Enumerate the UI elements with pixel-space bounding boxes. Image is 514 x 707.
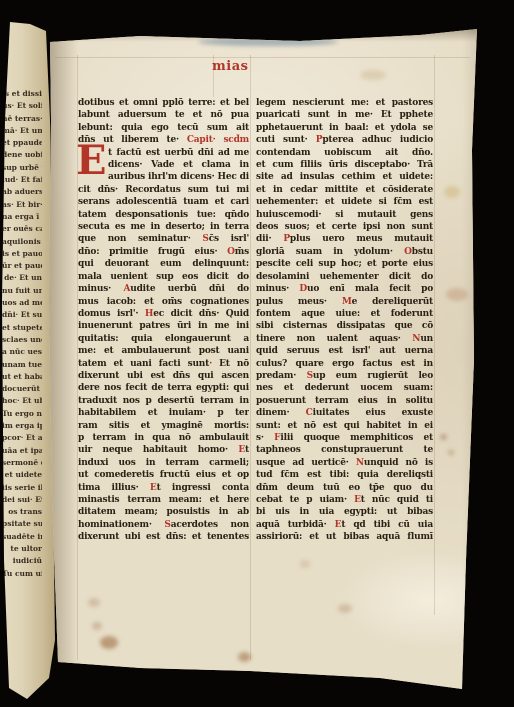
text-line: huiuscemodi· si mutauit gens bbox=[256, 209, 433, 221]
stain bbox=[92, 622, 102, 630]
text-line: ditatem meam; posuistis in ab bbox=[78, 506, 249, 518]
rubricated-text: O bbox=[404, 247, 412, 257]
ruling-line bbox=[434, 55, 435, 615]
manuscript-photo: is et dissipate eus· Et soli estnē terra… bbox=[0, 0, 514, 707]
rubricated-text: H bbox=[145, 309, 153, 319]
facing-text-fragment: suadēte ira bbox=[2, 531, 42, 543]
text-line: desolamini uehementer dicit do bbox=[256, 271, 433, 283]
text-line: s· Filii quoque memphiticos et bbox=[256, 432, 433, 444]
text-line: serans adolescentiā tuam et cari bbox=[78, 196, 249, 208]
text-line: mala uenient sup eos dicit do bbox=[78, 271, 249, 283]
ruling-line bbox=[55, 57, 470, 58]
facing-text-fragment: ūr et pauoni bbox=[2, 260, 42, 272]
text-line: ram sitis et ymaginē mortis: bbox=[78, 420, 249, 432]
facing-text-fragment: im erga iptil bbox=[2, 420, 42, 432]
facing-text-fragment: iis serie ill bbox=[2, 482, 42, 494]
rubricated-text: Capit· scd̄m bbox=[187, 135, 249, 145]
facing-text-fragment: uos ad me bbox=[2, 297, 42, 309]
text-line: bi uis in uia egypti: ut bibas bbox=[256, 506, 433, 518]
facing-text-fragment: docuerūt uos bbox=[2, 383, 42, 395]
text-line: minastis terram meam: et here bbox=[78, 494, 249, 506]
facing-text-fragment: sup urbē uiam bbox=[2, 162, 42, 174]
text-line: traduxit nos p desertū terram in bbox=[78, 395, 249, 407]
text-line: labunt aduersum te et nō pua bbox=[78, 109, 249, 121]
rubricated-text: E bbox=[150, 483, 157, 493]
text-line: sibi cisternas dissipatas que cō bbox=[256, 320, 433, 332]
text-line: minus· Audite uerbū dn̄i do bbox=[78, 283, 249, 295]
text-line: tinere non ualent aquas· Nun bbox=[256, 333, 433, 345]
facing-text-fragment: is et pauonē bbox=[2, 248, 42, 260]
rubricated-text: N bbox=[356, 458, 364, 468]
stain bbox=[446, 288, 468, 301]
text-line: lebunt: quia ego tecū sum ait bbox=[78, 122, 249, 134]
text-line: contendam uobiscum ait dn̄o. bbox=[256, 147, 433, 159]
facing-text-fragment: psitate sua bbox=[2, 518, 42, 530]
stain bbox=[360, 70, 386, 80]
manuscript-page: mias E dotibus et omni pplō terre: et be… bbox=[0, 0, 514, 707]
text-line: uir neque habitauit homo· Et bbox=[78, 444, 249, 456]
text-line: ut comederetis fructū eius et op bbox=[78, 469, 249, 481]
chapter-initial: E bbox=[76, 142, 106, 180]
stain bbox=[338, 604, 352, 613]
text-line: induxi uos in terram carmeli; bbox=[78, 457, 249, 469]
facing-text-fragment: et ppauden· Et bu bbox=[2, 137, 42, 149]
text-line: minus· Duo enī mala fecit po bbox=[256, 283, 433, 295]
rubricated-text: E bbox=[354, 495, 361, 505]
ruling-line bbox=[250, 55, 251, 660]
facing-text-fragment: mā· Et un· Aur bbox=[2, 125, 42, 137]
text-line: cebat te p uiam· Et nūc quid ti bbox=[256, 494, 433, 506]
rubricated-text: C bbox=[306, 408, 313, 418]
text-column-right: legem nescierunt me: et pastorespuaricat… bbox=[256, 97, 433, 544]
text-line: usque ad uerticē· Nunquid nō is bbox=[256, 457, 433, 469]
text-line: posuerunt terram eius in solitu bbox=[256, 395, 433, 407]
text-line: me: et ambulauerunt post uani bbox=[78, 345, 249, 357]
facing-text-fragment: us· Et soli est bbox=[2, 100, 42, 112]
text-line: culus? quare ergo factus est in bbox=[256, 358, 433, 370]
facing-text-fragment: dn̄i· Et sup uo bbox=[2, 309, 42, 321]
text-line: mus iacob: et om̄s cognationes bbox=[78, 296, 249, 308]
stain bbox=[440, 434, 447, 440]
text-line: habitabilem et inuiam· p ter bbox=[78, 407, 249, 419]
text-line: dixerunt ubi est dn̄s qui ascen bbox=[78, 370, 249, 382]
text-line: deos suos; et certe ipsi non sunt bbox=[256, 221, 433, 233]
text-line: aquā turbidā· Et qd tibi cū uia bbox=[256, 519, 433, 531]
stain bbox=[238, 652, 251, 662]
facing-text-fragment: os trans bbox=[2, 506, 42, 518]
text-line: tatem desponsationis tue: qn̄do bbox=[78, 209, 249, 221]
text-line: pulus meus· Me dereliquerūt bbox=[256, 296, 433, 308]
text-line: domus isrl'· Hec dicit dn̄s· Quid bbox=[78, 308, 249, 320]
text-line: gloriā suam in ydolum· Obstu bbox=[256, 246, 433, 258]
page-edge-shading bbox=[462, 0, 484, 707]
facing-text-fragment: nē terras· Crud bbox=[2, 113, 42, 125]
facing-text-fragment: et uidete bbox=[2, 469, 42, 481]
text-line: quid seruus est isrl' aut uerna bbox=[256, 345, 433, 357]
text-line: p terram in qua nō ambulauit bbox=[78, 432, 249, 444]
facing-text-fragment: pcor· Et abl bbox=[2, 432, 42, 444]
text-line: legem nescierunt me: et pastores bbox=[256, 97, 433, 109]
facing-text-fragment: is et dissipate e bbox=[2, 88, 42, 100]
text-line: nes et dederunt uocem suam: bbox=[256, 382, 433, 394]
facing-text-fragment: na erga ī peril bbox=[2, 211, 42, 223]
text-line: dn̄o: primitie frugū eius· Om̄s bbox=[78, 246, 249, 258]
text-line: uehementer: et uidete si fc̄m est bbox=[256, 196, 433, 208]
stain bbox=[88, 598, 100, 607]
facing-text-fragment: et stupete bbox=[2, 322, 42, 334]
facing-text-fragment: nu fuit uni bbox=[2, 285, 42, 297]
blue-stain-top bbox=[198, 38, 338, 46]
text-column-left: E dotibus et omni pplō terre: et bellabu… bbox=[78, 97, 249, 544]
text-line: dii· Pplus uero meus mutauit bbox=[256, 233, 433, 245]
text-line: sunt: et nō est qui habitet in ei bbox=[256, 420, 433, 432]
facing-text-fragment: as· Et bir· Et bbox=[2, 199, 42, 211]
text-line: dinem· Ciuitates eius exuste bbox=[256, 407, 433, 419]
facing-text-fragment: dene uobis ad bbox=[2, 149, 42, 161]
text-line: tatem et uani facti sunt· Et nō bbox=[78, 358, 249, 370]
rubricated-text: M bbox=[342, 297, 352, 307]
text-line: pphetauerunt in baal: et ydola se bbox=[256, 122, 433, 134]
text-line: secuta es me in deserto; in terra bbox=[78, 221, 249, 233]
text-line: assiriorū: et ut bibas aquā flumī bbox=[256, 531, 433, 543]
facing-text-fragment: sclaes unde bbox=[2, 334, 42, 346]
text-line: puaricati sunt in me· Et pphete bbox=[256, 109, 433, 121]
rubricated-text: D bbox=[299, 284, 307, 294]
stain bbox=[300, 560, 310, 568]
text-line: predam· Sup eum rugierūt leo bbox=[256, 370, 433, 382]
text-line: dotibus et omni pplō terre: et bel bbox=[78, 97, 249, 109]
text-line: dixerunt ubi est dn̄s: et tenentes bbox=[78, 531, 249, 543]
facing-text-fragment: uāa et ipa bbox=[2, 445, 42, 457]
rubricated-text: P bbox=[283, 234, 290, 244]
text-line: et cum filiis ūris disceptabo· Trā bbox=[256, 159, 433, 171]
facing-text-fragment: Tu cum ui bbox=[2, 568, 42, 580]
facing-text-fragment: te ultor bbox=[2, 543, 42, 555]
text-line: et in cedar mittite et cōsiderate bbox=[256, 184, 433, 196]
facing-text-fragment: de· Et un bbox=[2, 272, 42, 284]
stain bbox=[444, 186, 460, 198]
facing-text-fragment: unam tue qd bbox=[2, 359, 42, 371]
text-line: tima illius· Et ingressi conta bbox=[78, 482, 249, 494]
running-head: mias bbox=[212, 59, 248, 74]
text-line: que non seminatur· Sc̄s isrl' bbox=[78, 233, 249, 245]
facing-text-fragment: aquilonis te bbox=[2, 236, 42, 248]
stain bbox=[100, 636, 118, 649]
facing-page-text-fragments: is et dissipate eus· Et soli estnē terra… bbox=[2, 88, 42, 580]
rubricated-text: O bbox=[227, 247, 235, 257]
facing-text-fragment: a nūc ues sy bbox=[2, 346, 42, 358]
text-line: tud fc̄m est tibi: quia dereliqsti bbox=[256, 469, 433, 481]
text-line: qui deuorant eum delinquunt: bbox=[78, 258, 249, 270]
text-line: cuti sunt· Ppterea adhuc iudicio bbox=[256, 134, 433, 146]
facing-text-fragment: lud· Et fair dn̄r bbox=[2, 174, 42, 186]
text-line: taphneos constuprauerunt te bbox=[256, 444, 433, 456]
facing-text-fragment: Tu ergo nō bbox=[2, 408, 42, 420]
facing-text-fragment: ut et habaym bbox=[2, 371, 42, 383]
facing-text-fragment: sermonē dn̄i bbox=[2, 457, 42, 469]
text-line: dn̄m deum tuū eo tp̄e quo du bbox=[256, 482, 433, 494]
facing-text-fragment: er ouēs cap bbox=[2, 223, 42, 235]
facing-text-fragment: dei sui· Et bbox=[2, 494, 42, 506]
text-line: fontem aque uiue: et foderunt bbox=[256, 308, 433, 320]
stain bbox=[448, 450, 454, 455]
text-line: hominationem· Sacerdotes non bbox=[78, 519, 249, 531]
facing-text-fragment: ab aduersas bbox=[2, 186, 42, 198]
text-line: quitatis: quia elongauerunt a bbox=[78, 333, 249, 345]
text-line: dere nos fecit de terra egypti: qui bbox=[78, 382, 249, 394]
text-line: site ad insulas cethim et uidete: bbox=[256, 171, 433, 183]
text-line: cit dn̄s· Recordatus sum tui mi bbox=[78, 184, 249, 196]
text-line: inuenerunt patres ūri in me ini bbox=[78, 320, 249, 332]
facing-text-fragment: hoc· Et ubi bbox=[2, 395, 42, 407]
text-line: pescite celi sup hoc; et porte eius bbox=[256, 258, 433, 270]
facing-text-fragment: iudiciū bbox=[2, 555, 42, 567]
